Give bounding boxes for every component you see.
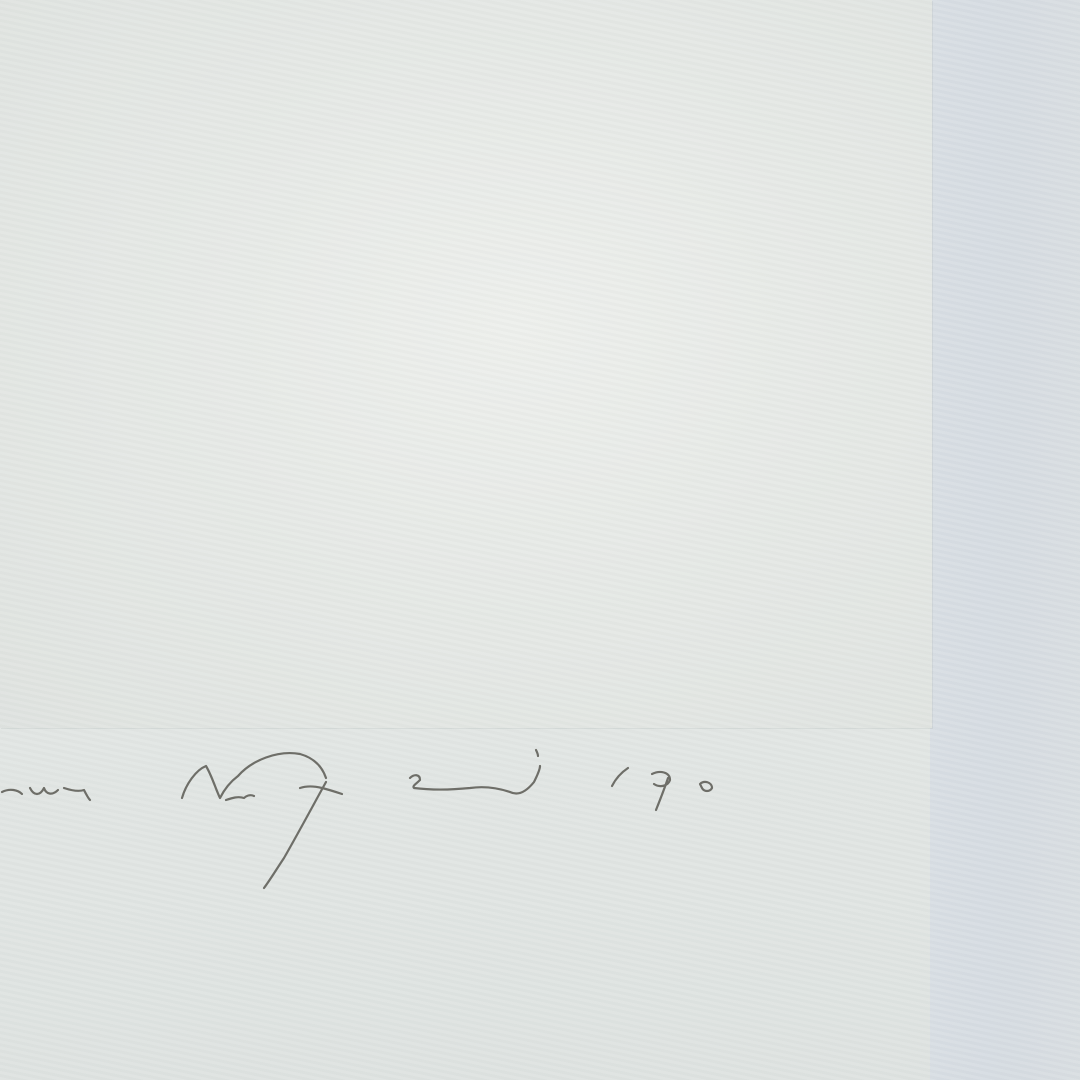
pencil-signature — [0, 730, 760, 910]
painted-canvas: Nagai '70 — [0, 0, 1080, 1080]
inner-painted-panel — [0, 0, 932, 728]
right-border-band — [930, 0, 1080, 1080]
